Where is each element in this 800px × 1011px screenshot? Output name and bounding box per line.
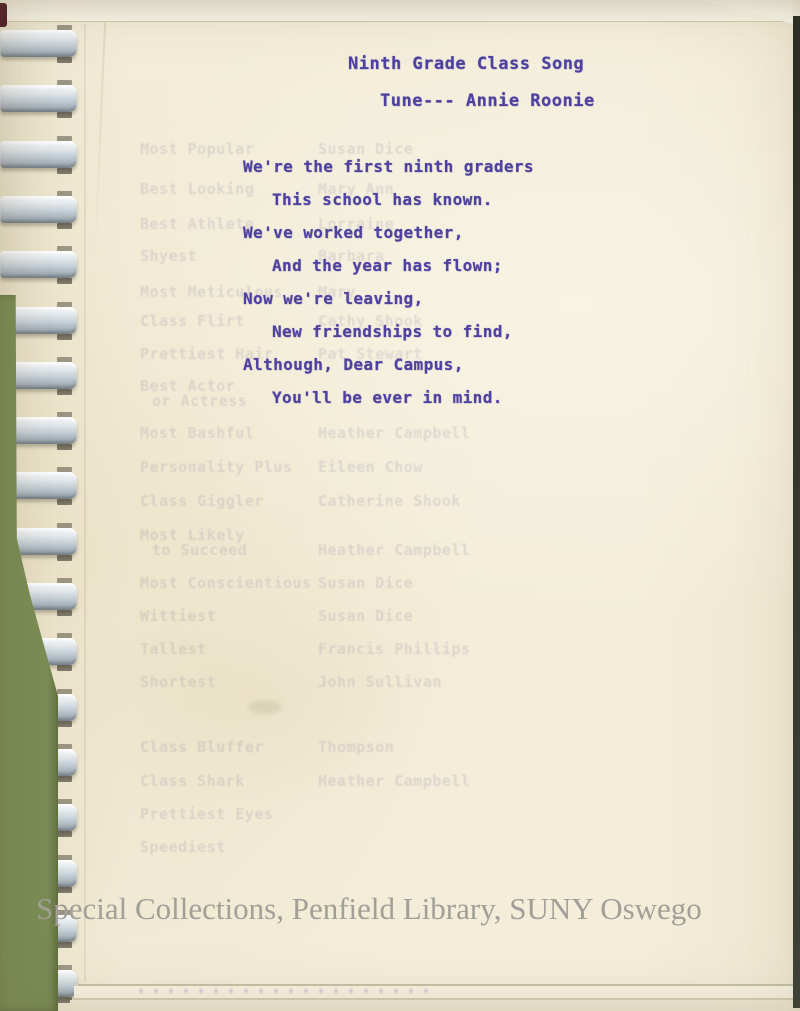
bleedthrough-name: Susan Dice (318, 574, 413, 592)
bleedthrough-label: Tallest (140, 640, 207, 658)
bleedthrough-label: Class Flirt (140, 312, 245, 330)
paper-crease (94, 22, 106, 257)
bleedthrough-label: to Succeed (152, 541, 247, 559)
lyric-line: And the year has flown; (272, 256, 503, 275)
tune-line: Tune--- Annie Roonie (380, 91, 595, 111)
bleedthrough-label: Best Athlete (140, 215, 254, 233)
binding-tooth (0, 85, 77, 112)
binding-tooth (0, 196, 77, 223)
bleedthrough-name: Susan Dice (318, 607, 413, 625)
page-edge-ink-marks (140, 989, 430, 993)
bleedthrough-label: Speediest (140, 838, 226, 856)
bleedthrough-name: John Sullivan (318, 673, 442, 691)
lyric-line: New friendships to find, (272, 322, 513, 341)
bleedthrough-label: Most Conscientious (140, 574, 312, 592)
bleedthrough-name: Heather Campbell (318, 541, 471, 559)
underlying-page-edge-bottom-2 (70, 1000, 800, 1011)
bleedthrough-label: Prettiest Eyes (140, 805, 273, 823)
binding-tooth (0, 251, 77, 278)
bleedthrough-label: or Actress (152, 392, 247, 410)
bleedthrough-name: Heather Campbell (318, 424, 471, 442)
library-watermark: Special Collections, Penfield Library, S… (36, 891, 776, 927)
scanned-document-page: Most PopularSusan DiceBest LookingMary A… (0, 0, 800, 1011)
cover-edge-spot (0, 3, 7, 27)
lyric-line: Although, Dear Campus, (243, 355, 464, 374)
bleedthrough-label: Class Shark (140, 772, 245, 790)
lyric-line: We've worked together, (243, 223, 464, 242)
scan-dark-edge (793, 16, 800, 1008)
lyric-line: Now we're leaving, (243, 289, 424, 308)
lyric-line: We're the first ninth graders (243, 157, 534, 176)
binding-tooth (0, 141, 77, 168)
bleedthrough-label: Class Bluffer (140, 738, 264, 756)
song-title: Ninth Grade Class Song (348, 54, 584, 74)
lyric-line: This school has known. (272, 190, 493, 209)
bleedthrough-label: Most Bashful (140, 424, 254, 442)
bleedthrough-name: Eileen Chow (318, 458, 423, 476)
bleedthrough-label: Personality Plus (140, 458, 293, 476)
bleedthrough-name: Susan Dice (318, 140, 413, 158)
punched-edge-line (84, 24, 86, 982)
bleedthrough-label: Best Looking (140, 180, 254, 198)
bleedthrough-label: Shyest (140, 247, 197, 265)
bleedthrough-name: Heather Campbell (318, 772, 471, 790)
lyric-line: You'll be ever in mind. (272, 388, 503, 407)
bleedthrough-label: Wittiest (140, 607, 216, 625)
underlying-page-edge-top (0, 0, 800, 22)
bleedthrough-label: Class Giggler (140, 492, 264, 510)
binding-tooth (0, 30, 77, 57)
bleedthrough-name: Thompson (318, 738, 394, 756)
paper-smudge (248, 700, 282, 714)
bleedthrough-label: Most Popular (140, 140, 254, 158)
bleedthrough-name: Catherine Shook (318, 492, 461, 510)
bleedthrough-name: Francis Phillips (318, 640, 471, 658)
bleedthrough-label: Shortest (140, 673, 216, 691)
